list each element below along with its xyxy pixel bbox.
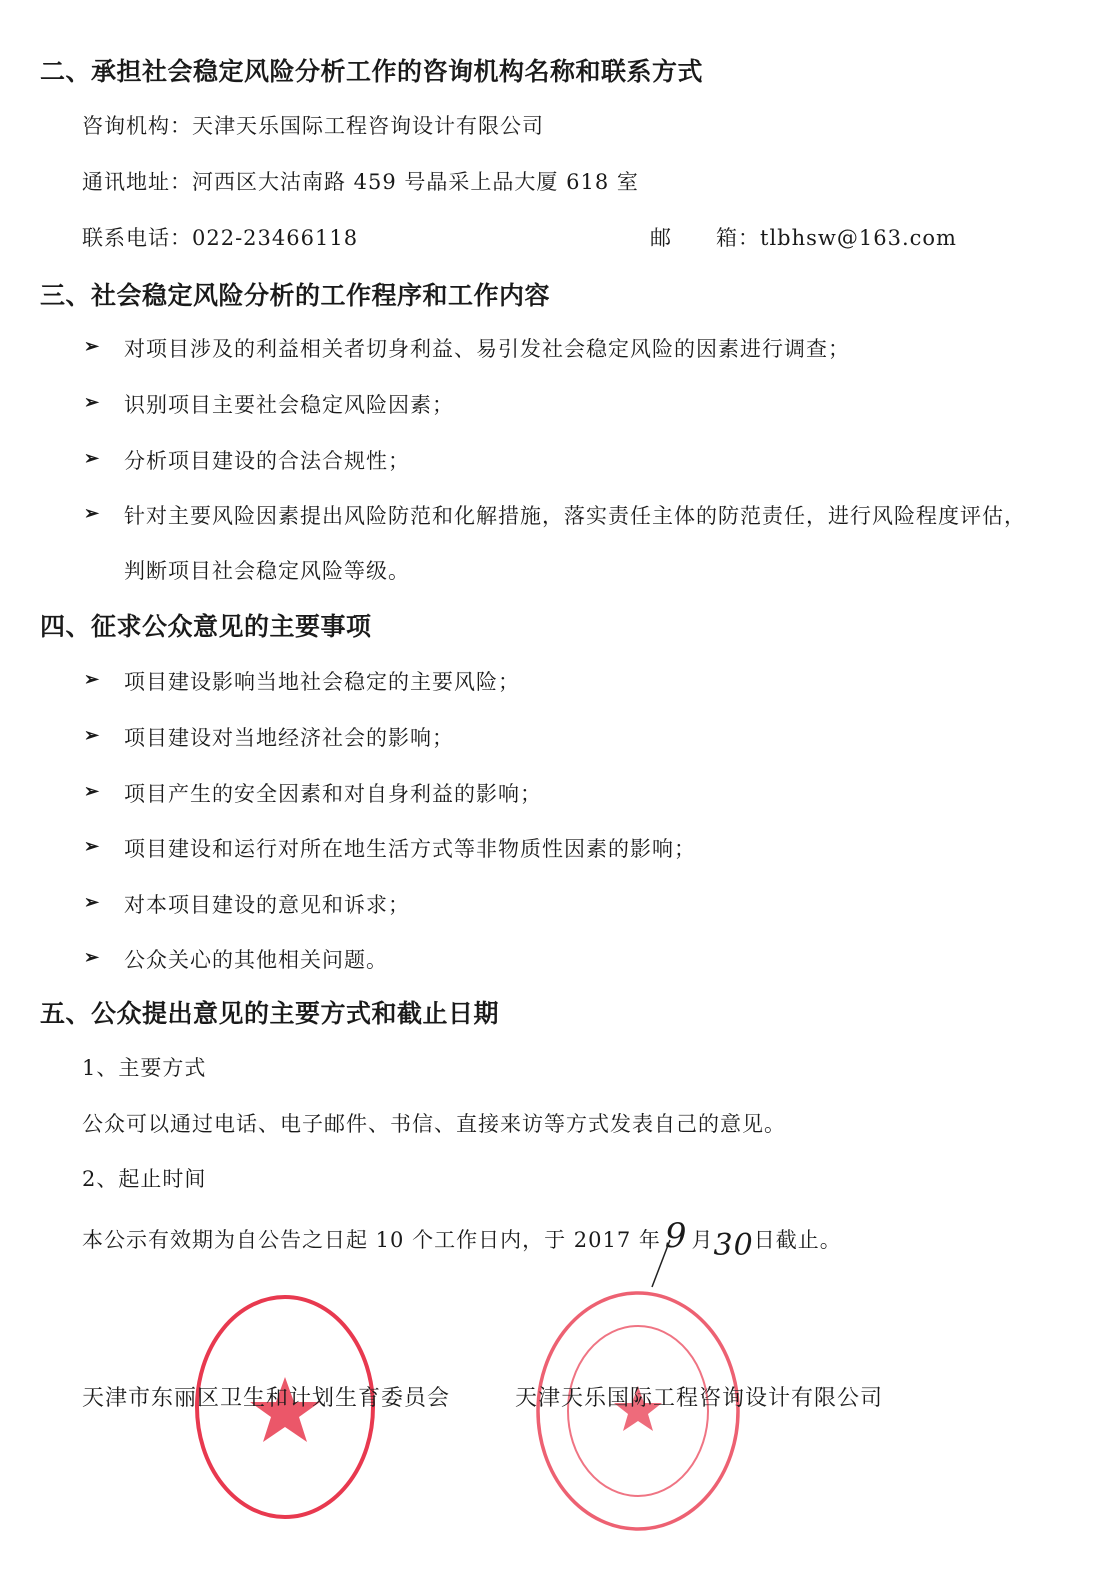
arrow-bullet-icon: ➢	[84, 725, 99, 746]
handwritten-day: 30	[714, 1228, 754, 1263]
list-item: 对项目涉及的利益相关者切身利益、易引发社会稳定风险的因素进行调查；	[124, 333, 850, 363]
list-item-continuation: 判断项目社会稳定风险等级。	[124, 555, 410, 585]
list-item: 项目产生的安全因素和对自身利益的影响；	[124, 778, 542, 808]
signature-consulting-company: 天津天乐国际工程咨询设计有限公司	[515, 1381, 883, 1412]
subsection-methods: 1、主要方式	[82, 1052, 206, 1082]
arrow-bullet-icon: ➢	[84, 781, 99, 802]
arrow-bullet-icon: ➢	[84, 503, 99, 524]
list-item: 分析项目建设的合法合规性；	[124, 445, 410, 475]
section-4-title: 四、征求公众意见的主要事项	[40, 607, 372, 643]
arrow-bullet-icon: ➢	[84, 892, 99, 913]
consulting-org: 咨询机构：天津天乐国际工程咨询设计有限公司	[82, 110, 544, 140]
methods-text: 公众可以通过电话、电子邮件、书信、直接来访等方式发表自己的意见。	[82, 1108, 786, 1138]
contact-email: 邮 箱：tlbhsw@163.com	[650, 222, 957, 252]
arrow-bullet-icon: ➢	[84, 669, 99, 690]
arrow-bullet-icon: ➢	[84, 947, 99, 968]
arrow-bullet-icon: ➢	[84, 448, 99, 469]
list-item: 项目建设和运行对所在地生活方式等非物质性因素的影响；	[124, 833, 696, 863]
mailing-address: 通讯地址：河西区大沽南路 459 号晶采上品大厦 618 室	[82, 166, 639, 196]
period-text: 本公示有效期为自公告之日起 10 个工作日内，于 2017 年9月30日截止。	[82, 1216, 842, 1256]
arrow-bullet-icon: ➢	[84, 836, 99, 857]
arrow-bullet-icon: ➢	[84, 392, 99, 413]
list-item: 对本项目建设的意见和诉求；	[124, 889, 410, 919]
signature-health-commission: 天津市东丽区卫生和计划生育委员会	[82, 1381, 450, 1412]
list-item: 针对主要风险因素提出风险防范和化解措施，落实责任主体的防范责任，进行风险程度评估…	[124, 500, 1026, 530]
subsection-period: 2、起止时间	[82, 1163, 206, 1193]
list-item: 项目建设影响当地社会稳定的主要风险；	[124, 666, 520, 696]
section-3-title: 三、社会稳定风险分析的工作程序和工作内容	[40, 276, 550, 312]
contact-phone: 联系电话：022-23466118	[82, 222, 358, 252]
section-5-title: 五、公众提出意见的主要方式和截止日期	[40, 994, 499, 1030]
arrow-bullet-icon: ➢	[84, 336, 99, 357]
section-2-title: 二、承担社会稳定风险分析工作的咨询机构名称和联系方式	[40, 52, 703, 88]
list-item: 识别项目主要社会稳定风险因素；	[124, 389, 454, 419]
list-item: 项目建设对当地经济社会的影响；	[124, 722, 454, 752]
list-item: 公众关心的其他相关问题。	[124, 944, 388, 974]
